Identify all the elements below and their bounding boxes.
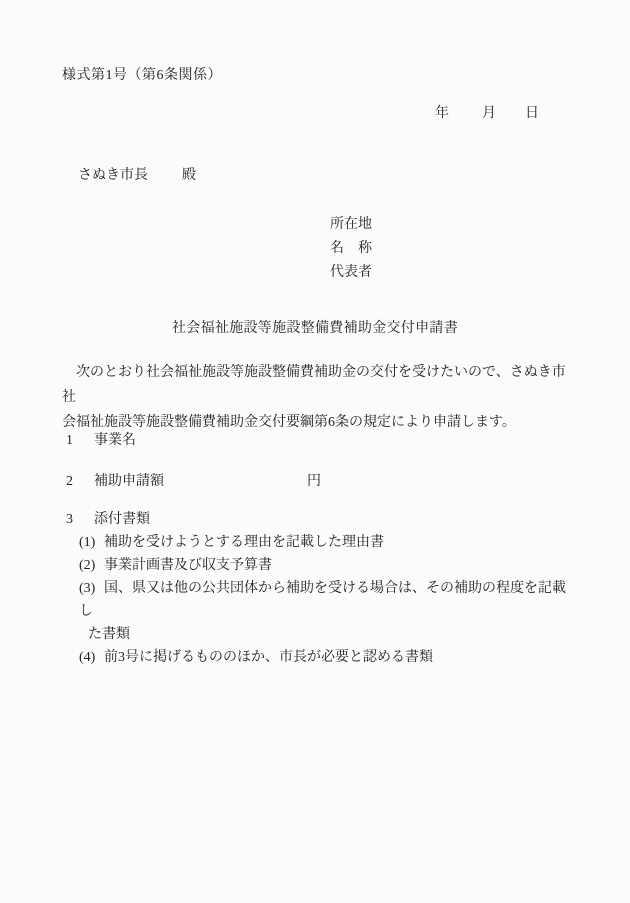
- addressee-honorific: 殿: [182, 168, 196, 183]
- body-paragraph-line-1: 次のとおり社会福祉施設等施設整備費補助金の交付を受けたいので、さぬき市社: [62, 360, 572, 410]
- attachment-item-4-text: 前3号に掲げるもののほか、市長が必要と認める書類: [104, 650, 433, 665]
- attachment-list: (1)補助を受けようとする理由を記載した理由書 (2)事業計画書及び収支予算書 …: [79, 531, 579, 669]
- attachment-item-3: (3)国、県又は他の公共団体から補助を受ける場合は、その補助の程度を記載し た書…: [79, 577, 579, 646]
- date-month-label: 月: [482, 106, 496, 121]
- body-paragraph-line-2: 会福祉施設等施設整備費補助金交付要綱第6条の規定により申請します。: [62, 410, 572, 435]
- item-project-name: 1事業名: [66, 429, 136, 449]
- body-paragraph: 次のとおり社会福祉施設等施設整備費補助金の交付を受けたいので、さぬき市社 会福祉…: [62, 360, 572, 435]
- item-subsidy-amount: 2補助申請額 円: [66, 470, 164, 490]
- attachment-item-3-text: 国、県又は他の公共団体から補助を受ける場合は、その補助の程度を記載し: [79, 581, 566, 619]
- attachment-item-2: (2)事業計画書及び収支予算書: [79, 554, 579, 577]
- attachment-item-3-number: (3): [79, 577, 104, 600]
- item-subsidy-amount-number: 2: [66, 474, 94, 490]
- attachment-item-2-text: 事業計画書及び収支予算書: [104, 558, 272, 573]
- attachment-item-1-text: 補助を受けようとする理由を記載した理由書: [104, 535, 384, 550]
- currency-unit-label: 円: [307, 470, 321, 490]
- attachment-item-2-number: (2): [79, 554, 104, 577]
- attachment-item-4: (4)前3号に掲げるもののほか、市長が必要と認める書類: [79, 646, 579, 669]
- item-attachments: 3添付書類: [66, 508, 150, 528]
- date-year-label: 年: [435, 106, 449, 121]
- item-attachments-label: 添付書類: [94, 512, 150, 527]
- date-day-label: 日: [525, 106, 539, 121]
- form-number: 様式第1号（第6条関係）: [62, 64, 222, 84]
- application-form-page: 様式第1号（第6条関係） 年月日 さぬき市長殿 所在地 名 称 代表者 社会福祉…: [0, 0, 630, 903]
- item-project-name-number: 1: [66, 433, 94, 449]
- applicant-address-label: 所在地: [330, 213, 372, 237]
- applicant-name-label: 名 称: [330, 237, 372, 261]
- item-attachments-number: 3: [66, 512, 94, 528]
- attachment-item-3-continuation: た書類: [88, 623, 579, 646]
- item-project-name-label: 事業名: [94, 433, 136, 448]
- date-line: 年月日: [435, 102, 539, 122]
- attachment-item-4-number: (4): [79, 646, 104, 669]
- attachment-item-1-number: (1): [79, 531, 104, 554]
- applicant-representative-label: 代表者: [330, 261, 372, 285]
- addressee-line: さぬき市長殿: [78, 164, 196, 184]
- applicant-block: 所在地 名 称 代表者: [330, 213, 372, 285]
- item-subsidy-amount-label: 補助申請額: [94, 474, 164, 489]
- addressee-name: さぬき市長: [78, 168, 148, 183]
- document-title: 社会福祉施設等施設整備費補助金交付申請書: [0, 317, 630, 337]
- attachment-item-1: (1)補助を受けようとする理由を記載した理由書: [79, 531, 579, 554]
